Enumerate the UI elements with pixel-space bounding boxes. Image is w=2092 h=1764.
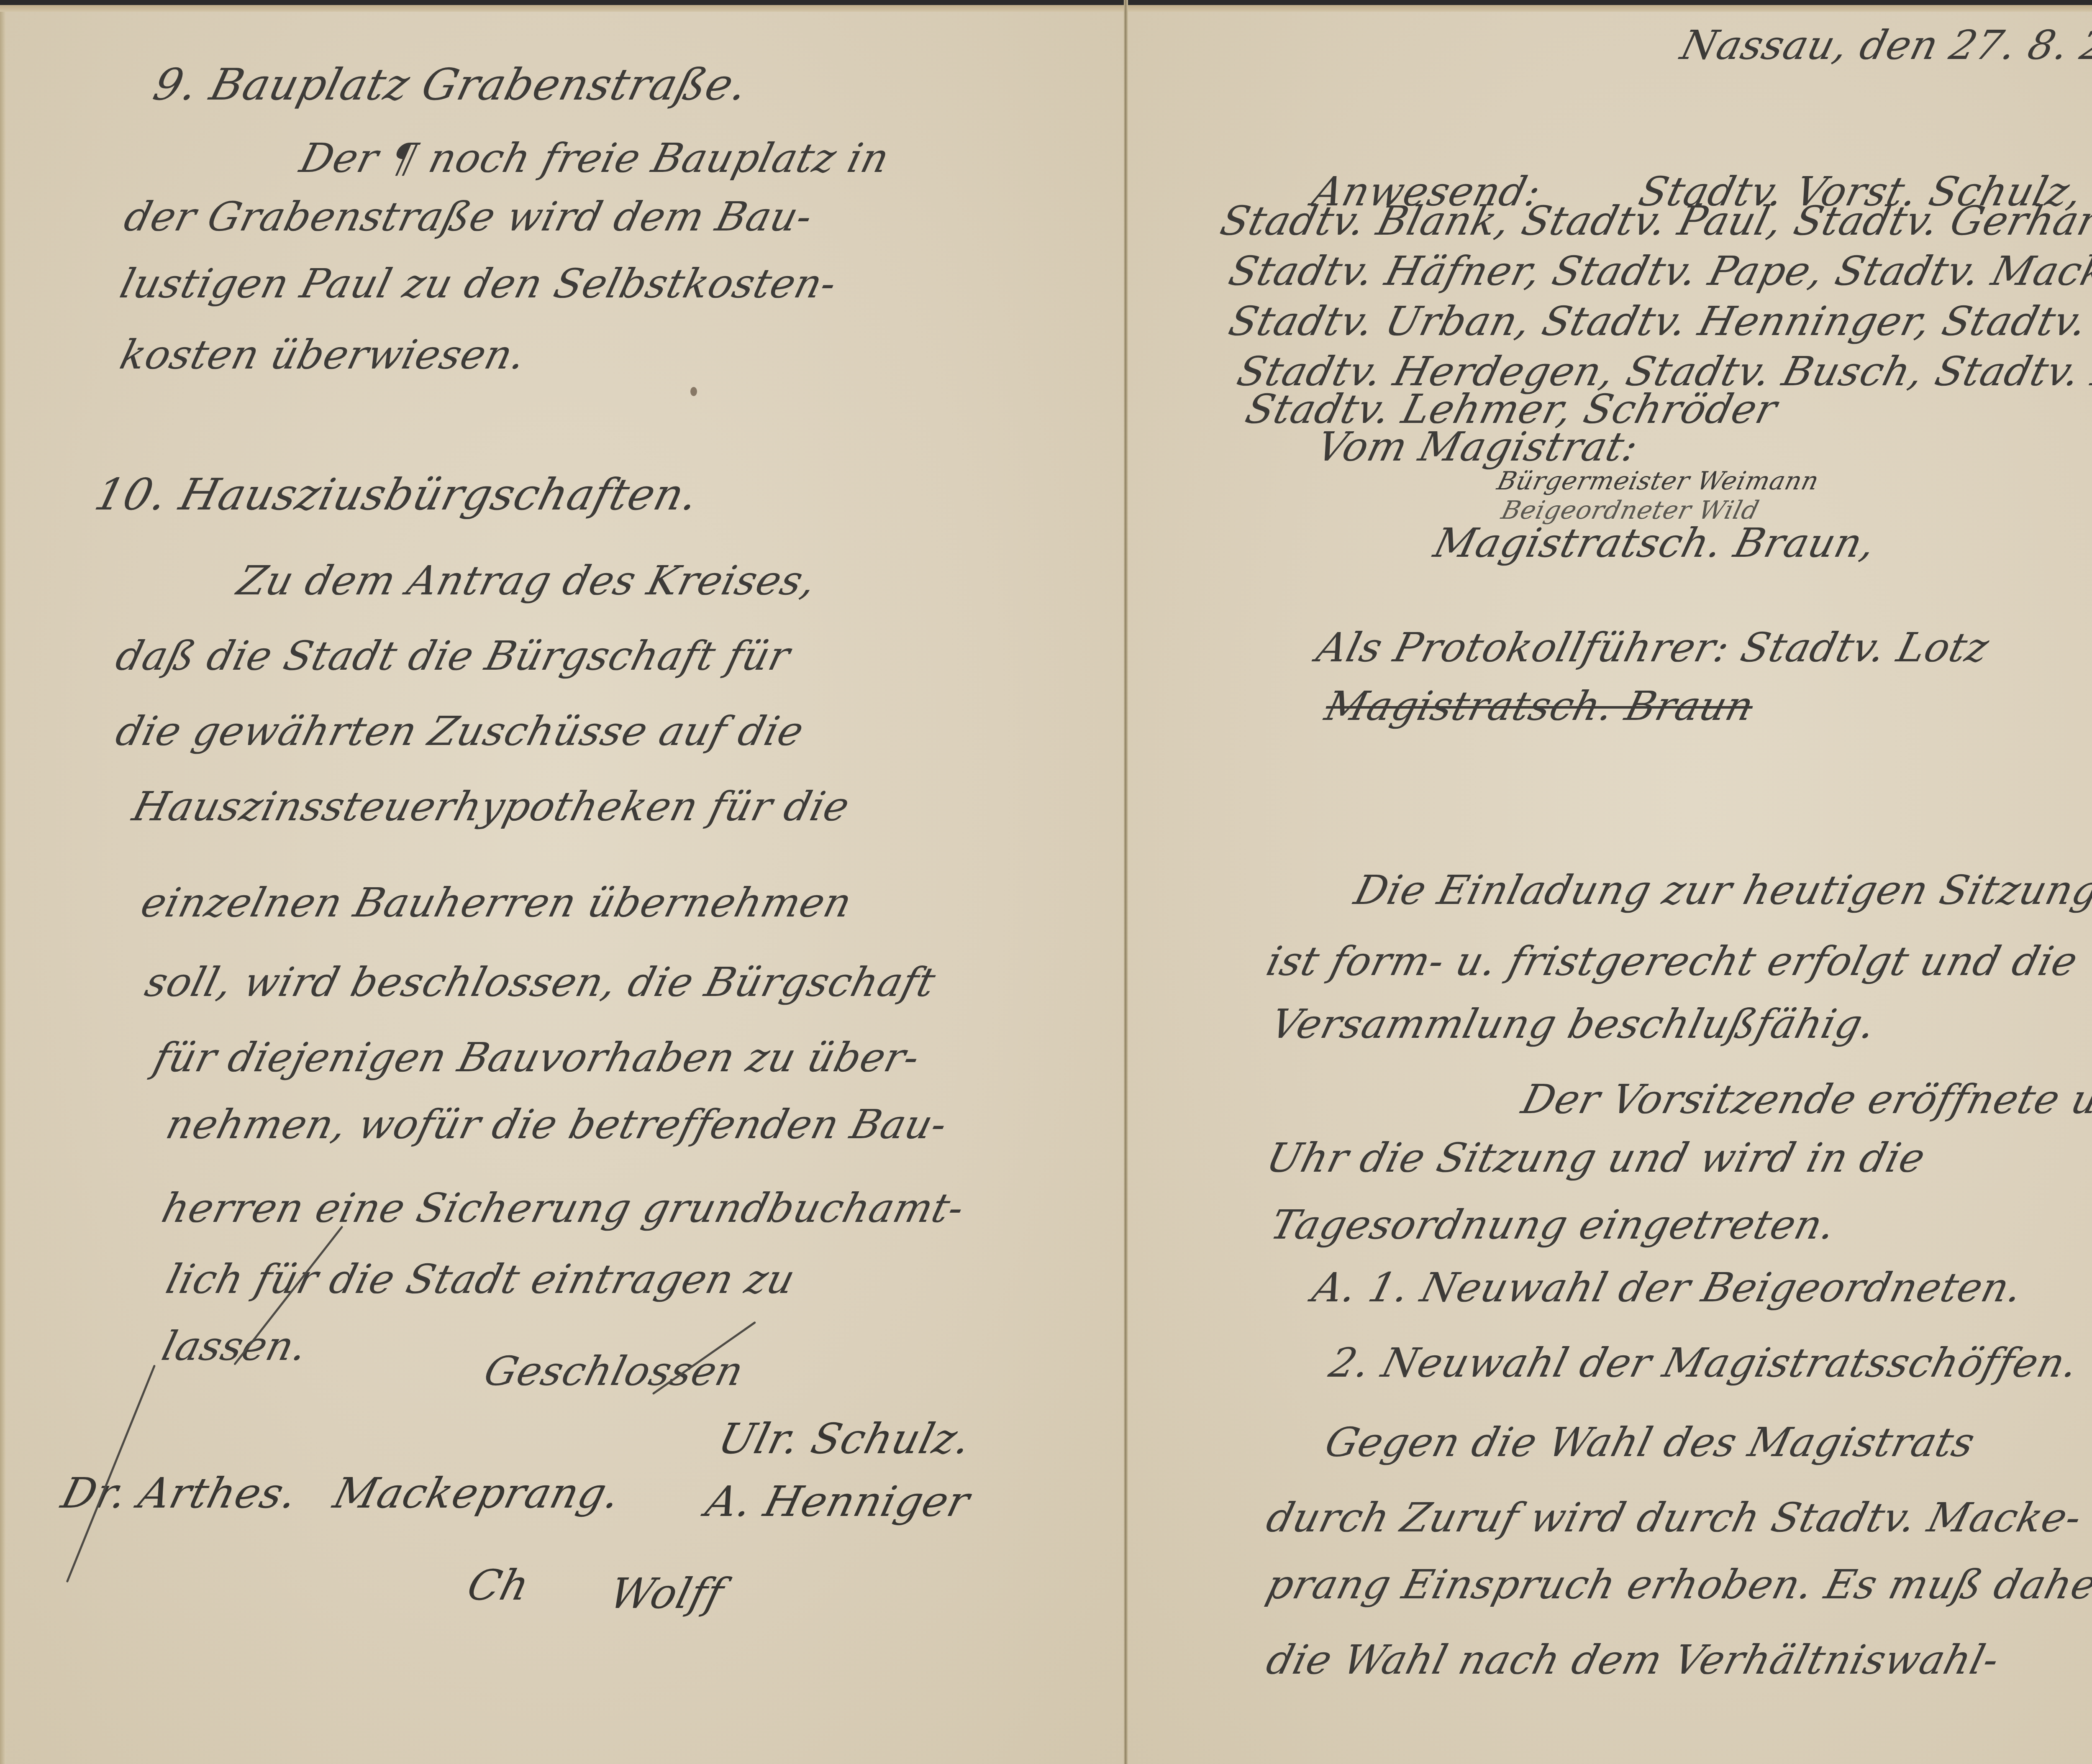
- final-line: prang Einspruch erhoben. Es muß daher: [1263, 1564, 2092, 1605]
- dateline: Nassau, den 27. 8. 24: [1677, 25, 2092, 65]
- magistrat-insert-buergermeister: Bürgermeister Weimann: [1495, 469, 1822, 494]
- item10-line: soll, wird beschlossen, die Bürgschaft: [141, 962, 939, 1002]
- item9-line: lustigen Paul zu den Selbstkosten-: [116, 264, 841, 304]
- body-line: Die Einladung zur heutigen Sitzung: [1351, 870, 2092, 910]
- body-line: Tagesordnung eingetreten.: [1267, 1205, 1840, 1245]
- item10-line: einzelnen Bauherren übernehmen: [137, 883, 856, 923]
- signature-mackeprang: Mackeprang.: [330, 1472, 625, 1514]
- signature-arthes: Dr. Arthes.: [58, 1472, 302, 1514]
- closing-geschlossen: Geschlossen: [480, 1351, 748, 1391]
- protokollfuehrer-line: Als Protokollführer: Stadtv. Lotz: [1313, 627, 1993, 668]
- magistrat-label: Vom Magistrat:: [1313, 427, 1642, 467]
- item10-heading: 10. Hausziusbürgschaften.: [91, 473, 703, 516]
- body-line: ist form- u. fristgerecht erfolgt und di…: [1263, 941, 2082, 981]
- item10-line: Zu dem Antrag des Kreises,: [233, 561, 820, 601]
- item9-line: kosten überwiesen.: [116, 335, 530, 375]
- item9-line: Der ¶ noch freie Bauplatz in: [296, 138, 893, 178]
- item10-line: die gewährten Zuschüsse auf die: [112, 711, 808, 751]
- item9-heading: 9. Bauplatz Grabenstraße.: [149, 63, 752, 106]
- item10-line: nehmen, wofür die betreffenden Bau-: [162, 1104, 951, 1144]
- page-top-edge: [0, 5, 2092, 12]
- signature-wolff: Wolff: [606, 1573, 728, 1615]
- item10-line: daß die Stadt die Bürgschaft für: [112, 636, 794, 676]
- book-gutter: [1124, 0, 1128, 1764]
- signature-initial: Ch: [464, 1564, 534, 1606]
- ink-blot: [690, 387, 697, 396]
- book-spread: 9. Bauplatz Grabenstraße. Der ¶ noch fre…: [0, 0, 2092, 1764]
- item10-line: lich für die Stadt eintragen zu: [162, 1259, 799, 1299]
- protokollfuehrer-struck: Magistratsch. Braun: [1321, 686, 1758, 726]
- item10-line: herren eine Sicherung grundbuchamt-: [158, 1188, 968, 1228]
- item9-line: der Grabenstraße wird dem Bau-: [120, 197, 817, 237]
- signature-henniger: A. Henniger: [702, 1481, 974, 1523]
- magistrat-schoeffe: Magistratsch. Braun,: [1430, 523, 1880, 563]
- agenda-item: 2. Neuwahl der Magistratsschöffen.: [1325, 1343, 2082, 1383]
- attendance-line: Stadtv. Urban, Stadtv. Henninger, Stadtv…: [1225, 301, 2092, 341]
- left-page-edge: [0, 12, 6, 1764]
- item10-line: für diejenigen Bauvorhaben zu über-: [150, 1037, 924, 1078]
- signature-schulz: Ulr. Schulz.: [715, 1418, 975, 1460]
- item10-line: Hauszinssteuerhypotheken für die: [129, 786, 854, 827]
- body-line: Uhr die Sitzung und wird in die: [1263, 1138, 1929, 1178]
- body-line: Der Vorsitzende eröffnete um 6: [1518, 1079, 2092, 1119]
- attendance-line: Stadtv. Blank, Stadtv. Paul, Stadtv. Ger…: [1217, 201, 2092, 241]
- final-line: durch Zuruf wird durch Stadtv. Macke-: [1263, 1498, 2086, 1538]
- item10-line: lassen.: [158, 1326, 312, 1366]
- final-line: Gegen die Wahl des Magistrats: [1321, 1422, 1979, 1462]
- body-line: Versammlung beschlußfähig.: [1267, 1004, 1880, 1044]
- final-line: die Wahl nach dem Verhältniswahl-: [1263, 1640, 2003, 1680]
- magistrat-insert-beigeordneter: Beigeordneter Wild: [1499, 498, 1762, 523]
- attendance-line: Stadtv. Häfner, Stadtv. Pape, Stadtv. Ma…: [1225, 251, 2092, 291]
- agenda-item: A. 1. Neuwahl der Beigeordneten.: [1309, 1267, 2027, 1308]
